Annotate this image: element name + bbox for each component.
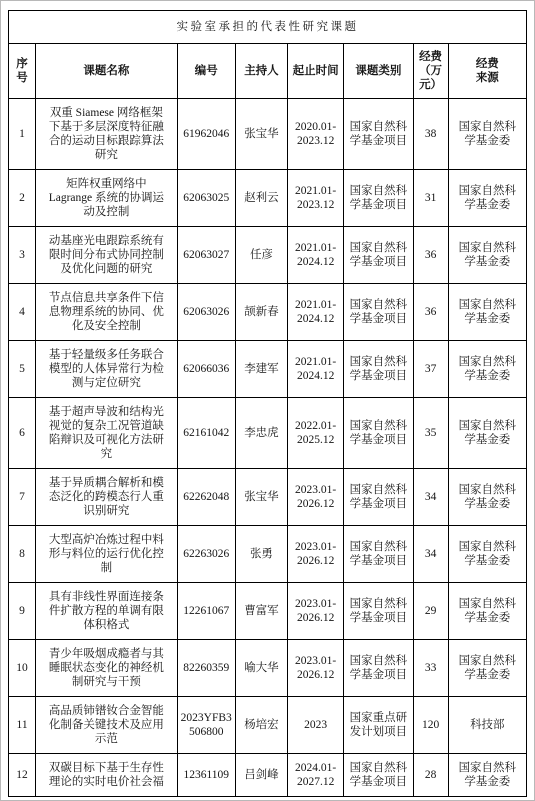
cell-funding-amount: 36 [413,227,448,284]
cell-project-name: 节点信息共享条件下信息物理系统的协同、优化及安全控制 [36,284,178,341]
cell-funding-amount: 35 [413,398,448,469]
cell-project-name: 具有非线性界面连接条件扩散方程的单调有限体积格式 [36,583,178,640]
cell-seq-no: 9 [9,583,36,640]
cell-project-code: 62066036 [177,341,235,398]
table-row: 12双碳目标下基于生存性理论的实时电价社会福12361109吕剑峰2024.01… [9,754,527,797]
cell-funding-amount: 37 [413,341,448,398]
cell-seq-no: 8 [9,526,36,583]
table-row: 3动基座光电跟踪系统有限时间分布式协同控制及优化问题的研究62063027任彦2… [9,227,527,284]
cell-period: 2020.01-2023.12 [288,99,344,170]
cell-funding-source: 科技部 [448,697,526,754]
cell-project-code: 62063026 [177,284,235,341]
cell-period: 2023 [288,697,344,754]
cell-principal-investigator: 曹富军 [235,583,287,640]
cell-period: 2021.01-2024.12 [288,341,344,398]
cell-project-name: 动基座光电跟踪系统有限时间分布式协同控制及优化问题的研究 [36,227,178,284]
cell-principal-investigator: 张勇 [235,526,287,583]
cell-project-name: 双碳目标下基于生存性理论的实时电价社会福 [36,754,178,797]
cell-funding-source: 国家自然科学基金委 [448,227,526,284]
header-category: 课题类别 [344,44,413,99]
cell-project-name: 基于异质耦合解析和模态泛化的跨模态行人重识别研究 [36,469,178,526]
cell-category: 国家自然科学基金项目 [344,640,413,697]
document-page: 实验室承担的代表性研究课题 序号 课题名称 编号 主持人 起止时间 课题类别 经… [0,0,535,801]
cell-project-name: 基于轻量级多任务联合模型的人体异常行为检测与定位研究 [36,341,178,398]
cell-seq-no: 12 [9,754,36,797]
cell-category: 国家自然科学基金项目 [344,341,413,398]
table-row: 6基于超声导波和结构光视觉的复杂工况管道缺陷辩识及可视化方法研究62161042… [9,398,527,469]
cell-funding-source: 国家自然科学基金委 [448,341,526,398]
cell-project-code: 82260359 [177,640,235,697]
table-header-row: 序号 课题名称 编号 主持人 起止时间 课题类别 经费（万元） 经费 来源 [9,44,527,99]
cell-period: 2023.01-2026.12 [288,640,344,697]
cell-funding-amount: 36 [413,284,448,341]
table-row: 11高品质铈镨钕合金智能化制备关键技术及应用示范2023YFB3506800杨培… [9,697,527,754]
cell-period: 2023.01-2026.12 [288,469,344,526]
cell-category: 国家自然科学基金项目 [344,754,413,797]
table-body: 1双重 Siamese 网络框架下基于多层深度特征融合的运动目标跟踪算法研究61… [9,99,527,797]
header-seq-no: 序号 [9,44,36,99]
research-projects-table: 实验室承担的代表性研究课题 序号 课题名称 编号 主持人 起止时间 课题类别 经… [8,10,527,797]
header-principal-investigator: 主持人 [235,44,287,99]
cell-funding-source: 国家自然科学基金委 [448,754,526,797]
table-title: 实验室承担的代表性研究课题 [9,11,527,44]
cell-principal-investigator: 吕剑峰 [235,754,287,797]
cell-category: 国家自然科学基金项目 [344,284,413,341]
cell-project-name: 基于超声导波和结构光视觉的复杂工况管道缺陷辩识及可视化方法研究 [36,398,178,469]
header-period: 起止时间 [288,44,344,99]
cell-funding-source: 国家自然科学基金委 [448,398,526,469]
cell-project-name: 双重 Siamese 网络框架下基于多层深度特征融合的运动目标跟踪算法研究 [36,99,178,170]
cell-project-code: 2023YFB3506800 [177,697,235,754]
cell-category: 国家自然科学基金项目 [344,583,413,640]
table-row: 1双重 Siamese 网络框架下基于多层深度特征融合的运动目标跟踪算法研究61… [9,99,527,170]
cell-project-code: 62262048 [177,469,235,526]
table-row: 7基于异质耦合解析和模态泛化的跨模态行人重识别研究62262048张宝华2023… [9,469,527,526]
cell-period: 2021.01-2024.12 [288,284,344,341]
cell-funding-source: 国家自然科学基金委 [448,640,526,697]
table-row: 5基于轻量级多任务联合模型的人体异常行为检测与定位研究62066036李建军20… [9,341,527,398]
cell-funding-amount: 28 [413,754,448,797]
cell-funding-amount: 120 [413,697,448,754]
cell-funding-source: 国家自然科学基金委 [448,170,526,227]
cell-principal-investigator: 杨培宏 [235,697,287,754]
table-row: 4节点信息共享条件下信息物理系统的协同、优化及安全控制62063026颉新春20… [9,284,527,341]
cell-period: 2021.01-2023.12 [288,170,344,227]
cell-funding-amount: 34 [413,469,448,526]
cell-funding-amount: 29 [413,583,448,640]
cell-period: 2023.01-2026.12 [288,526,344,583]
cell-funding-amount: 38 [413,99,448,170]
cell-project-name: 矩阵权重网络中 Lagrange 系统的协调运动及控制 [36,170,178,227]
cell-seq-no: 5 [9,341,36,398]
header-funding-amount: 经费（万元） [413,44,448,99]
cell-principal-investigator: 李忠虎 [235,398,287,469]
cell-period: 2024.01-2027.12 [288,754,344,797]
cell-period: 2022.01-2025.12 [288,398,344,469]
table-row: 9具有非线性界面连接条件扩散方程的单调有限体积格式12261067曹富军2023… [9,583,527,640]
cell-principal-investigator: 颉新春 [235,284,287,341]
cell-project-code: 62161042 [177,398,235,469]
cell-funding-source: 国家自然科学基金委 [448,526,526,583]
cell-project-code: 12361109 [177,754,235,797]
cell-category: 国家自然科学基金项目 [344,526,413,583]
cell-seq-no: 11 [9,697,36,754]
cell-category: 国家自然科学基金项目 [344,469,413,526]
cell-principal-investigator: 任彦 [235,227,287,284]
cell-principal-investigator: 喻大华 [235,640,287,697]
cell-principal-investigator: 张宝华 [235,469,287,526]
cell-project-name: 青少年吸烟成瘾者与其睡眠状态变化的神经机制研究与干预 [36,640,178,697]
cell-funding-amount: 31 [413,170,448,227]
cell-project-name: 大型高炉冶炼过程中料形与料位的运行优化控制 [36,526,178,583]
cell-principal-investigator: 李建军 [235,341,287,398]
cell-period: 2021.01-2024.12 [288,227,344,284]
table-title-row: 实验室承担的代表性研究课题 [9,11,527,44]
cell-project-code: 62063025 [177,170,235,227]
cell-period: 2023.01-2026.12 [288,583,344,640]
cell-project-code: 62063027 [177,227,235,284]
cell-seq-no: 2 [9,170,36,227]
cell-project-code: 61962046 [177,99,235,170]
cell-category: 国家自然科学基金项目 [344,227,413,284]
cell-project-code: 12261067 [177,583,235,640]
header-project-name: 课题名称 [36,44,178,99]
cell-project-code: 62263026 [177,526,235,583]
cell-funding-source: 国家自然科学基金委 [448,469,526,526]
table-row: 2矩阵权重网络中 Lagrange 系统的协调运动及控制62063025赵利云2… [9,170,527,227]
cell-seq-no: 3 [9,227,36,284]
cell-category: 国家重点研发计划项目 [344,697,413,754]
cell-funding-source: 国家自然科学基金委 [448,284,526,341]
cell-funding-amount: 33 [413,640,448,697]
cell-seq-no: 7 [9,469,36,526]
cell-category: 国家自然科学基金项目 [344,398,413,469]
cell-funding-source: 国家自然科学基金委 [448,99,526,170]
header-project-code: 编号 [177,44,235,99]
cell-seq-no: 4 [9,284,36,341]
cell-project-name: 高品质铈镨钕合金智能化制备关键技术及应用示范 [36,697,178,754]
table-row: 10青少年吸烟成瘾者与其睡眠状态变化的神经机制研究与干预82260359喻大华2… [9,640,527,697]
cell-category: 国家自然科学基金项目 [344,99,413,170]
cell-principal-investigator: 赵利云 [235,170,287,227]
cell-principal-investigator: 张宝华 [235,99,287,170]
cell-funding-amount: 34 [413,526,448,583]
cell-category: 国家自然科学基金项目 [344,170,413,227]
cell-funding-source: 国家自然科学基金委 [448,583,526,640]
cell-seq-no: 1 [9,99,36,170]
table-row: 8大型高炉冶炼过程中料形与料位的运行优化控制62263026张勇2023.01-… [9,526,527,583]
cell-seq-no: 6 [9,398,36,469]
header-funding-source: 经费 来源 [448,44,526,99]
cell-seq-no: 10 [9,640,36,697]
